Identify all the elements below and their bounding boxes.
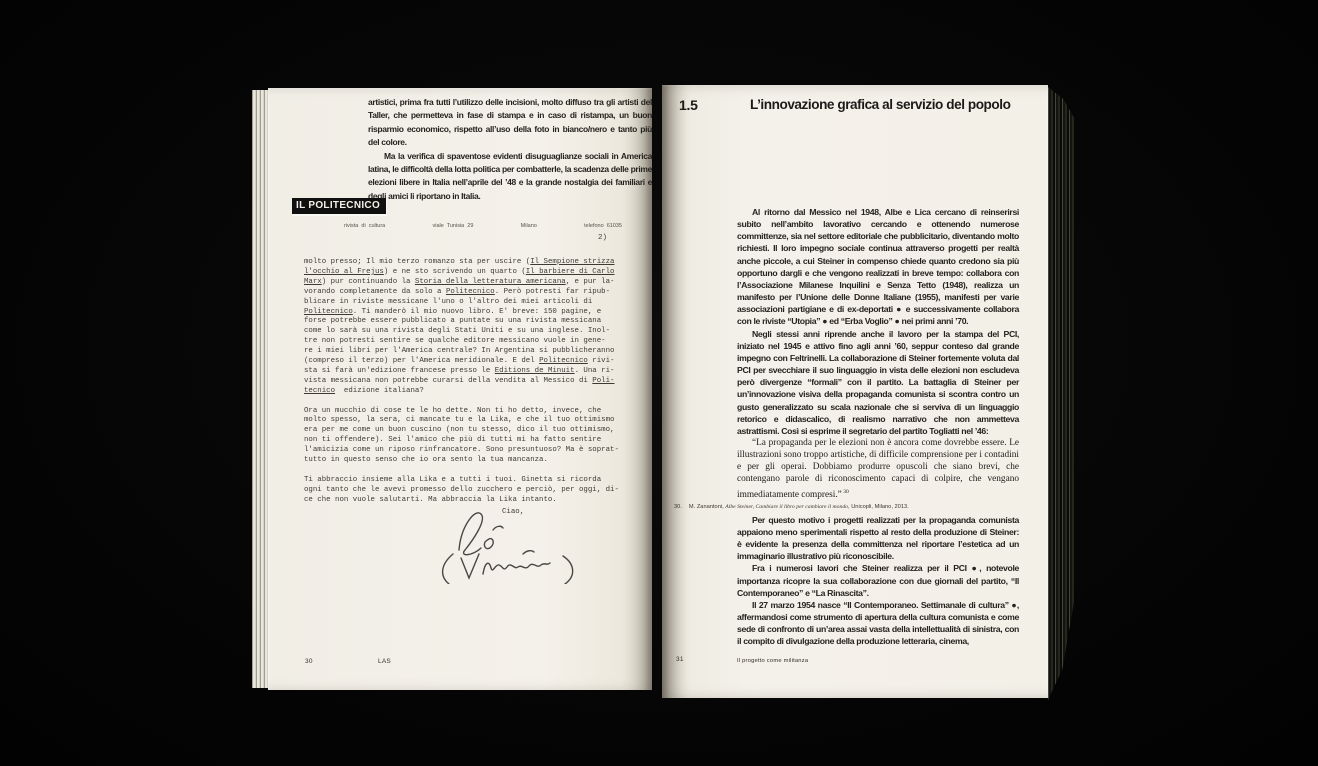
right-running-footer: Il progetto come militanza — [737, 658, 808, 664]
page-edge-stack-left — [252, 90, 268, 688]
vittorini-signature — [423, 506, 613, 584]
letter-line: come lo sarà su una rivista degli Stati … — [304, 327, 636, 337]
typewritten-letter: molto presso; Il mio terzo romanzo sta p… — [304, 258, 636, 518]
togliatti-quote: “La propaganda per le elezioni non è anc… — [737, 437, 1019, 501]
letter-blank-line — [304, 397, 636, 407]
page-edge-stack-right — [1048, 87, 1074, 700]
letter-sheet-number: 2) — [598, 234, 607, 242]
letter-blank-line — [304, 466, 636, 476]
letter-line: l'occhio al Frejus) e ne sto scrivendo u… — [304, 268, 636, 278]
body-column: Al ritorno dal Messico nel 1948, Albe e … — [737, 206, 1019, 648]
body-paragraph: Il 27 marzo 1954 nasce “Il Contemporaneo… — [737, 599, 1019, 648]
letter-line: l'amicizia come un riposo rinfrancatore.… — [304, 446, 636, 456]
letter-line: era per me come un buon cuscino (non tu … — [304, 426, 636, 436]
letter-line: ce che non vuole salutarti. Ma abbraccia… — [304, 496, 636, 506]
right-page-number: 31 — [676, 656, 684, 663]
letter-lines: molto presso; Il mio terzo romanzo sta p… — [304, 258, 636, 506]
letter-line: sta si farà un'edizione francese presso … — [304, 367, 636, 377]
letter-line: Ora un mucchio di cose te le ho dette. N… — [304, 407, 636, 417]
left-page-number: 30 — [305, 658, 313, 665]
left-running-footer: LAS — [378, 658, 391, 665]
right-page: 1.5 L’innovazione grafica al servizio de… — [662, 85, 1048, 698]
letter-line: tutto in questo senso che io ora sento l… — [304, 456, 636, 466]
letter-line: non ti offendere). Sei l'amico che più d… — [304, 436, 636, 446]
letterhead-phone: telefono 61035 — [584, 223, 622, 229]
section-number: 1.5 — [679, 97, 698, 113]
letterhead-address: viale Tunisia 29 — [432, 223, 473, 229]
footnote-reference: 30 — [842, 489, 849, 495]
letter-line: molto spesso, la sera, ci mancate tu e l… — [304, 416, 636, 426]
body-paragraph: Fra i numerosi lavori che Steiner realiz… — [737, 562, 1019, 598]
footnote-number: 30. — [674, 504, 682, 510]
letterhead-info: rivista di cultura viale Tunisia 29 Mila… — [344, 223, 622, 229]
letter-line: molto presso; Il mio terzo romanzo sta p… — [304, 258, 636, 268]
letter-line: (compreso il terzo) per l'America meridi… — [304, 357, 636, 367]
intro-paragraphs: artistici, prima fra tutti l’utilizzo de… — [368, 96, 652, 203]
letter-line: Politecnico. Ti manderò il mio nuovo lib… — [304, 308, 636, 318]
letter-line: tecnico edizione italiana? — [304, 387, 636, 397]
left-page: artistici, prima fra tutti l’utilizzo de… — [268, 88, 652, 690]
letter-line: Ti abbraccio insieme alla Lika e a tutti… — [304, 476, 636, 486]
letterhead-subtitle: rivista di cultura — [344, 223, 385, 229]
footnote: 30.M. Zanantoni, Albe Steiner, Cambiare … — [674, 504, 1019, 511]
letter-line: Marx) pur continuando la Storia della le… — [304, 278, 636, 288]
letter-line: vista messicana non potrebbe curarsi del… — [304, 377, 636, 387]
letter-line: blicare in riviste messicane l'uno o l'a… — [304, 298, 636, 308]
intro-paragraph: artistici, prima fra tutti l’utilizzo de… — [368, 96, 652, 150]
section-title: L’innovazione grafica al servizio del po… — [750, 97, 1010, 112]
letter-line: forse potrebbe essere pubblicato a punta… — [304, 317, 636, 327]
letter-line: tre non potresti sentire se qualche edit… — [304, 337, 636, 347]
letter-line: re i miei libri per l'America centrale? … — [304, 347, 636, 357]
letterhead-city: Milano — [521, 223, 537, 229]
body-paragraph: Al ritorno dal Messico nel 1948, Albe e … — [737, 206, 1019, 328]
body-paragraph: Negli stessi anni riprende anche il lavo… — [737, 328, 1019, 437]
body-paragraph: Per questo motivo i progetti realizzati … — [737, 514, 1019, 563]
politecnico-logo: IL POLITECNICO — [292, 198, 386, 214]
book-photo: artistici, prima fra tutti l’utilizzo de… — [0, 0, 1318, 766]
letter-line: vorando completamente da solo a Politecn… — [304, 288, 636, 298]
intro-paragraph: Ma la verifica di spaventose evidenti di… — [368, 150, 652, 204]
letter-line: ogni tanto che le avevi promesso dello z… — [304, 486, 636, 496]
